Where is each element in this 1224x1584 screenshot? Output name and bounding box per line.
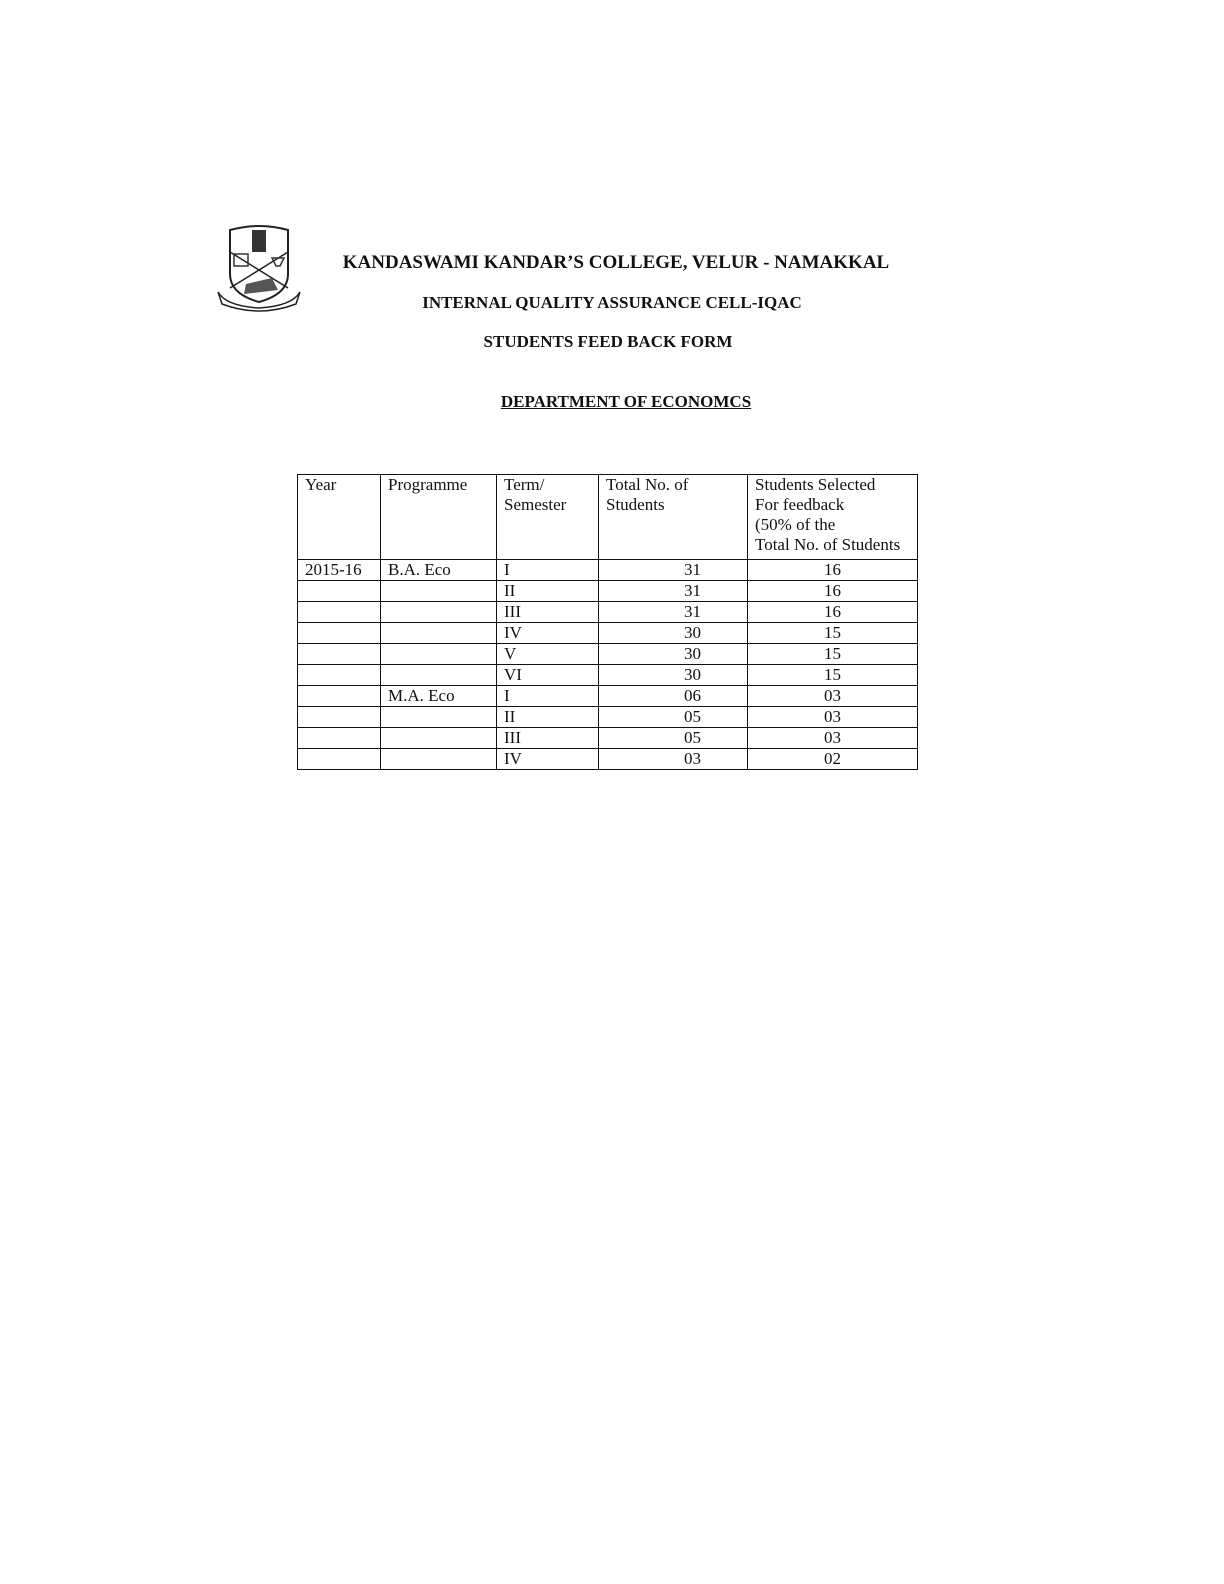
cell-selected: 16 xyxy=(748,581,918,602)
cell-programme xyxy=(381,749,497,770)
table-row: VI3015 xyxy=(298,665,918,686)
cell-year xyxy=(298,602,381,623)
cell-total: 31 xyxy=(599,581,748,602)
cell-term: III xyxy=(497,728,599,749)
cell-term: I xyxy=(497,560,599,581)
cell-programme: B.A. Eco xyxy=(381,560,497,581)
cell-total: 06 xyxy=(599,686,748,707)
cell-programme xyxy=(381,707,497,728)
table-row: 2015-16B.A. EcoI3116 xyxy=(298,560,918,581)
cell-selected: 03 xyxy=(748,728,918,749)
column-header: Programme xyxy=(381,475,497,560)
cell-total: 30 xyxy=(599,644,748,665)
cell-selected: 15 xyxy=(748,623,918,644)
cell-programme: M.A. Eco xyxy=(381,686,497,707)
cell-term: II xyxy=(497,581,599,602)
feedback-table: YearProgrammeTerm/SemesterTotal No. ofSt… xyxy=(297,474,918,770)
cell-programme xyxy=(381,623,497,644)
department-title: DEPARTMENT OF ECONOMCS xyxy=(330,392,922,412)
cell-year xyxy=(298,686,381,707)
column-header: Term/Semester xyxy=(497,475,599,560)
cell-total: 30 xyxy=(599,623,748,644)
cell-programme xyxy=(381,581,497,602)
cell-year xyxy=(298,749,381,770)
table-row: III0503 xyxy=(298,728,918,749)
cell-selected: 16 xyxy=(748,602,918,623)
cell-year xyxy=(298,644,381,665)
cell-selected: 02 xyxy=(748,749,918,770)
cell-year xyxy=(298,581,381,602)
cell-year xyxy=(298,665,381,686)
college-crest-icon xyxy=(216,222,302,314)
table-row: II3116 xyxy=(298,581,918,602)
cell-year: 2015-16 xyxy=(298,560,381,581)
form-title: STUDENTS FEED BACK FORM xyxy=(330,332,886,352)
cell-total: 03 xyxy=(599,749,748,770)
column-header: Students SelectedFor feedback(50% of the… xyxy=(748,475,918,560)
table-row: IV3015 xyxy=(298,623,918,644)
cell-total: 31 xyxy=(599,560,748,581)
column-header: Year xyxy=(298,475,381,560)
cell-total: 31 xyxy=(599,602,748,623)
cell-year xyxy=(298,728,381,749)
cell-term: V xyxy=(497,644,599,665)
cell-selected: 15 xyxy=(748,665,918,686)
cell-selected: 16 xyxy=(748,560,918,581)
cell-programme xyxy=(381,644,497,665)
table-row: V3015 xyxy=(298,644,918,665)
table-row: III3116 xyxy=(298,602,918,623)
cell-total: 05 xyxy=(599,707,748,728)
cell-total: 05 xyxy=(599,728,748,749)
cell-programme xyxy=(381,602,497,623)
cell-term: VI xyxy=(497,665,599,686)
cell-year xyxy=(298,707,381,728)
cell-selected: 15 xyxy=(748,644,918,665)
cell-term: IV xyxy=(497,749,599,770)
table-row: IV0302 xyxy=(298,749,918,770)
cell-selected: 03 xyxy=(748,686,918,707)
cell-term: II xyxy=(497,707,599,728)
cell-term: I xyxy=(497,686,599,707)
cell-name: INTERNAL QUALITY ASSURANCE CELL-IQAC xyxy=(330,293,894,313)
table-row: II0503 xyxy=(298,707,918,728)
college-name: KANDASWAMI KANDAR’S COLLEGE, VELUR - NAM… xyxy=(330,252,902,274)
cell-programme xyxy=(381,665,497,686)
table-header-row: YearProgrammeTerm/SemesterTotal No. ofSt… xyxy=(298,475,918,560)
cell-term: III xyxy=(497,602,599,623)
table-row: M.A. EcoI0603 xyxy=(298,686,918,707)
cell-programme xyxy=(381,728,497,749)
cell-total: 30 xyxy=(599,665,748,686)
column-header: Total No. ofStudents xyxy=(599,475,748,560)
cell-selected: 03 xyxy=(748,707,918,728)
cell-year xyxy=(298,623,381,644)
cell-term: IV xyxy=(497,623,599,644)
